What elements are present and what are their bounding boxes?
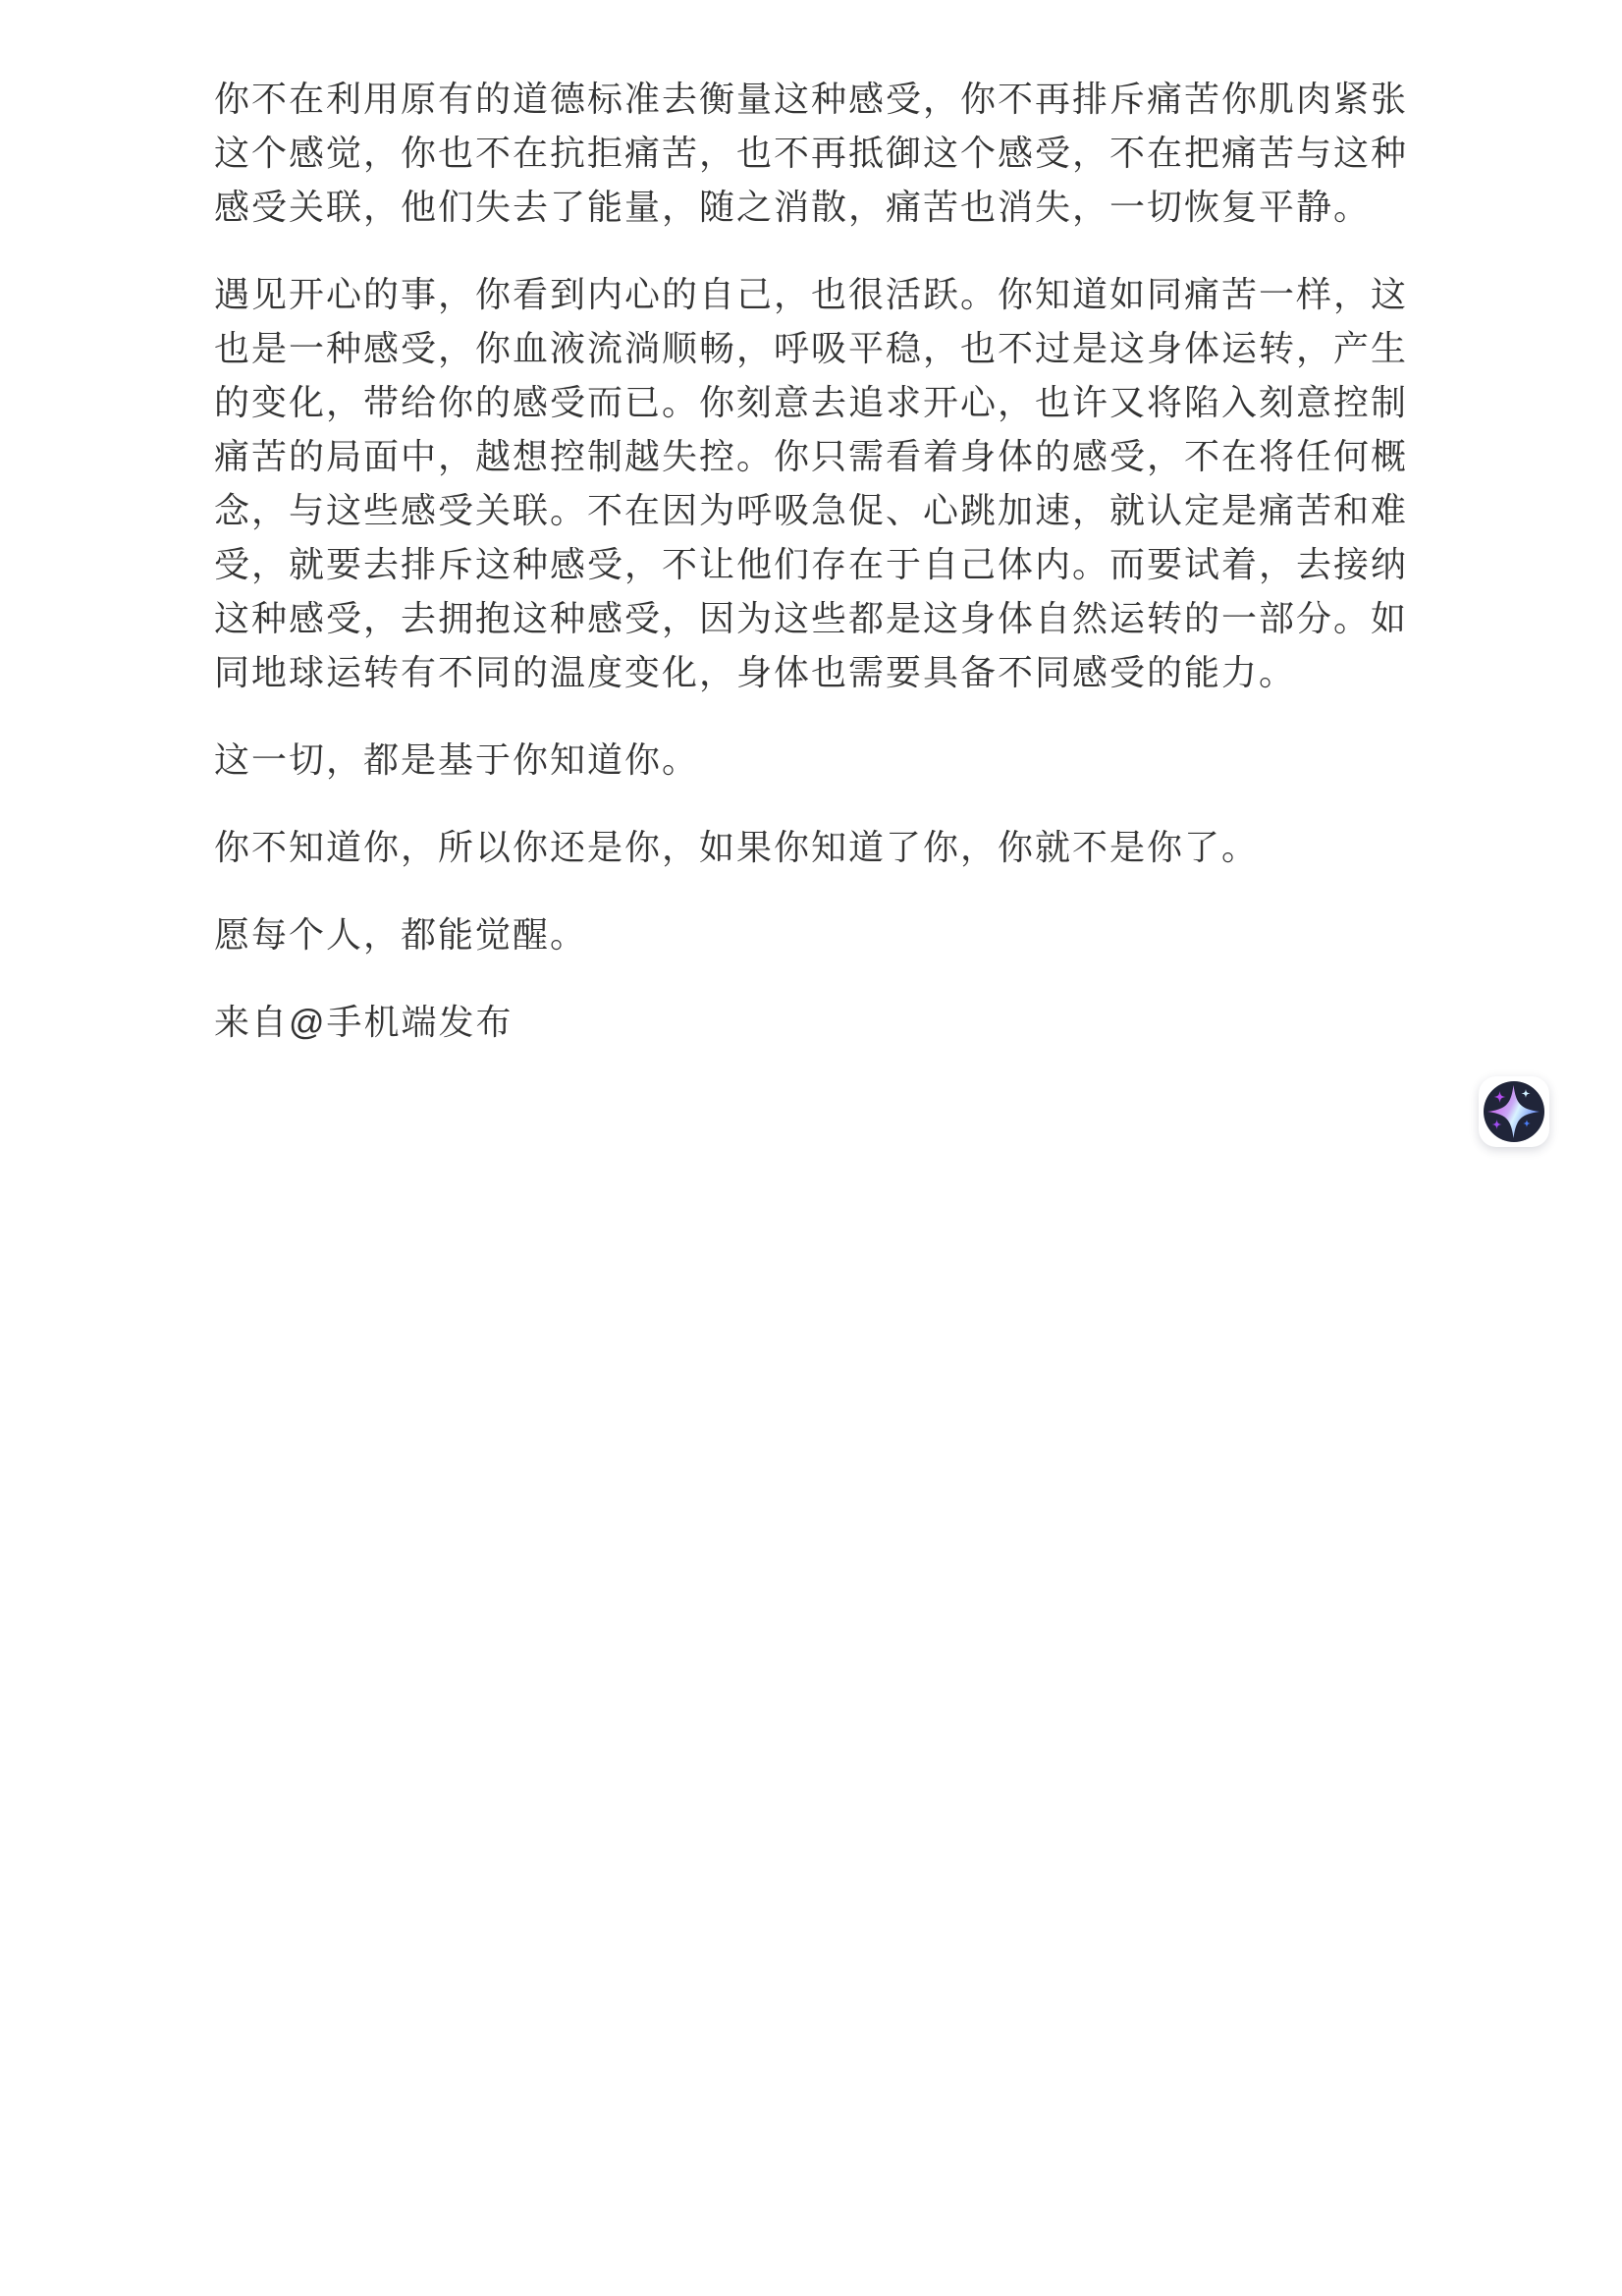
paragraph: 这一切，都是基于你知道你。 — [214, 733, 1549, 787]
paragraph: 你不在利用原有的道德标准去衡量这种感受，你不再排斥痛苦你肌肉紧张 这个感觉，你也… — [214, 72, 1549, 234]
paragraph: 来自@手机端发布 — [214, 995, 1549, 1049]
paragraph: 遇见开心的事，你看到内心的自己，也很活跃。你知道如同痛苦一样，这 也是一种感受，… — [214, 267, 1549, 699]
ai-assistant-button[interactable] — [1479, 1076, 1549, 1147]
paragraph: 你不知道你，所以你还是你，如果你知道了你，你就不是你了。 — [214, 820, 1549, 874]
sparkle-star-icon — [1483, 1080, 1545, 1143]
paragraph: 愿每个人，都能觉醒。 — [214, 907, 1549, 961]
article-body: 你不在利用原有的道德标准去衡量这种感受，你不再排斥痛苦你肌肉紧张 这个感觉，你也… — [214, 72, 1549, 1082]
